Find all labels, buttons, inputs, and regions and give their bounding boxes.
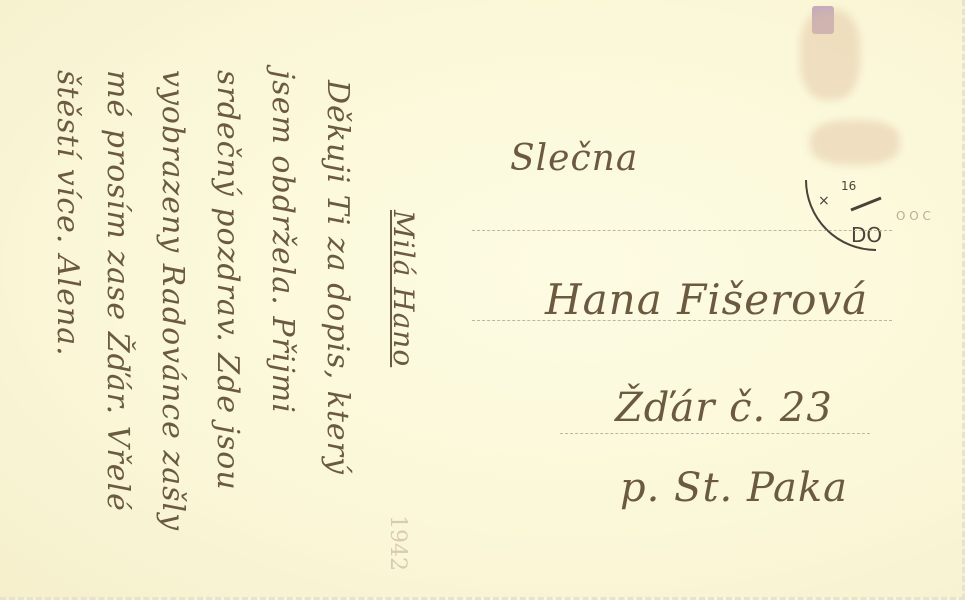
address-line xyxy=(472,230,892,231)
svg-text:O O C: O O C xyxy=(896,209,931,223)
message-line: srdečný pozdrav. Zde jsou xyxy=(210,70,245,491)
message-greeting: Milá Hano xyxy=(387,210,420,367)
postmark: × 16 DO O O C xyxy=(796,150,956,260)
handwritten-message: Milá Hano Děkuji Ti za dopis, který jsem… xyxy=(0,60,420,600)
message-line: jsem obdržela. Přijmi xyxy=(265,70,300,414)
svg-text:DO: DO xyxy=(851,223,882,247)
stain xyxy=(800,10,860,100)
message-line: mé prosím zase Žďár. Vřelé xyxy=(100,70,135,512)
message-line: vyobrazeny Radovánce zašly xyxy=(155,70,190,531)
postcard-back: × 16 DO O O C Slečna Hana Fišerová Žďár … xyxy=(0,0,965,600)
address-street: Žďár č. 23 xyxy=(615,385,833,431)
message-signature: štěstí více. Alena. xyxy=(50,70,85,357)
address-salutation: Slečna xyxy=(510,138,638,179)
svg-text:×: × xyxy=(818,193,830,209)
svg-text:16: 16 xyxy=(841,179,856,193)
message-line: Děkuji Ti za dopis, který xyxy=(320,80,355,475)
address-name: Hana Fišerová xyxy=(545,275,868,324)
address-line xyxy=(560,433,870,434)
address-post-office: p. St. Paka xyxy=(620,465,848,511)
